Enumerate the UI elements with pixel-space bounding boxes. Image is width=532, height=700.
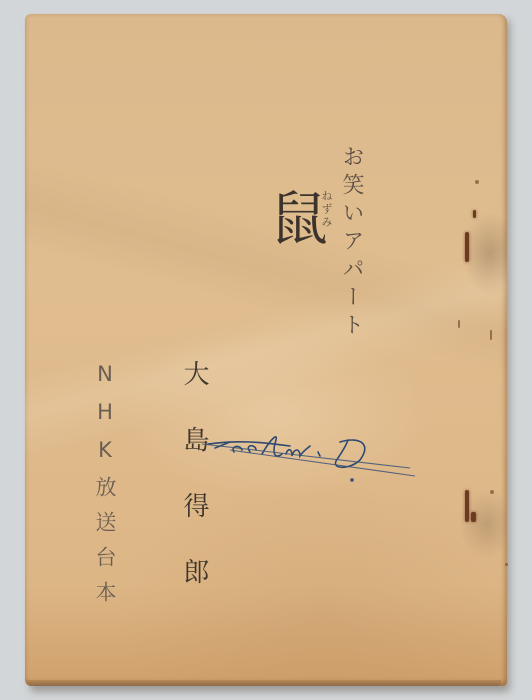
- rust-spot: [458, 320, 460, 328]
- rust-spot: [490, 490, 494, 494]
- staple-top-fragment: [473, 210, 476, 218]
- rust-spot: [475, 180, 479, 184]
- staple-bottom-hook: [471, 512, 476, 522]
- rust-spot: [490, 330, 492, 340]
- publisher-label: NHK放送台本: [90, 362, 120, 616]
- staple-top: [465, 232, 469, 262]
- author-name: 大島得郎: [176, 360, 213, 624]
- title-reading: ねずみ: [318, 190, 334, 229]
- staple-bottom: [465, 490, 469, 522]
- page-edge-bottom: [26, 680, 501, 686]
- signature: [200, 430, 420, 490]
- subtitle-series: お笑いアパート: [336, 145, 367, 341]
- rust-spot: [505, 563, 508, 566]
